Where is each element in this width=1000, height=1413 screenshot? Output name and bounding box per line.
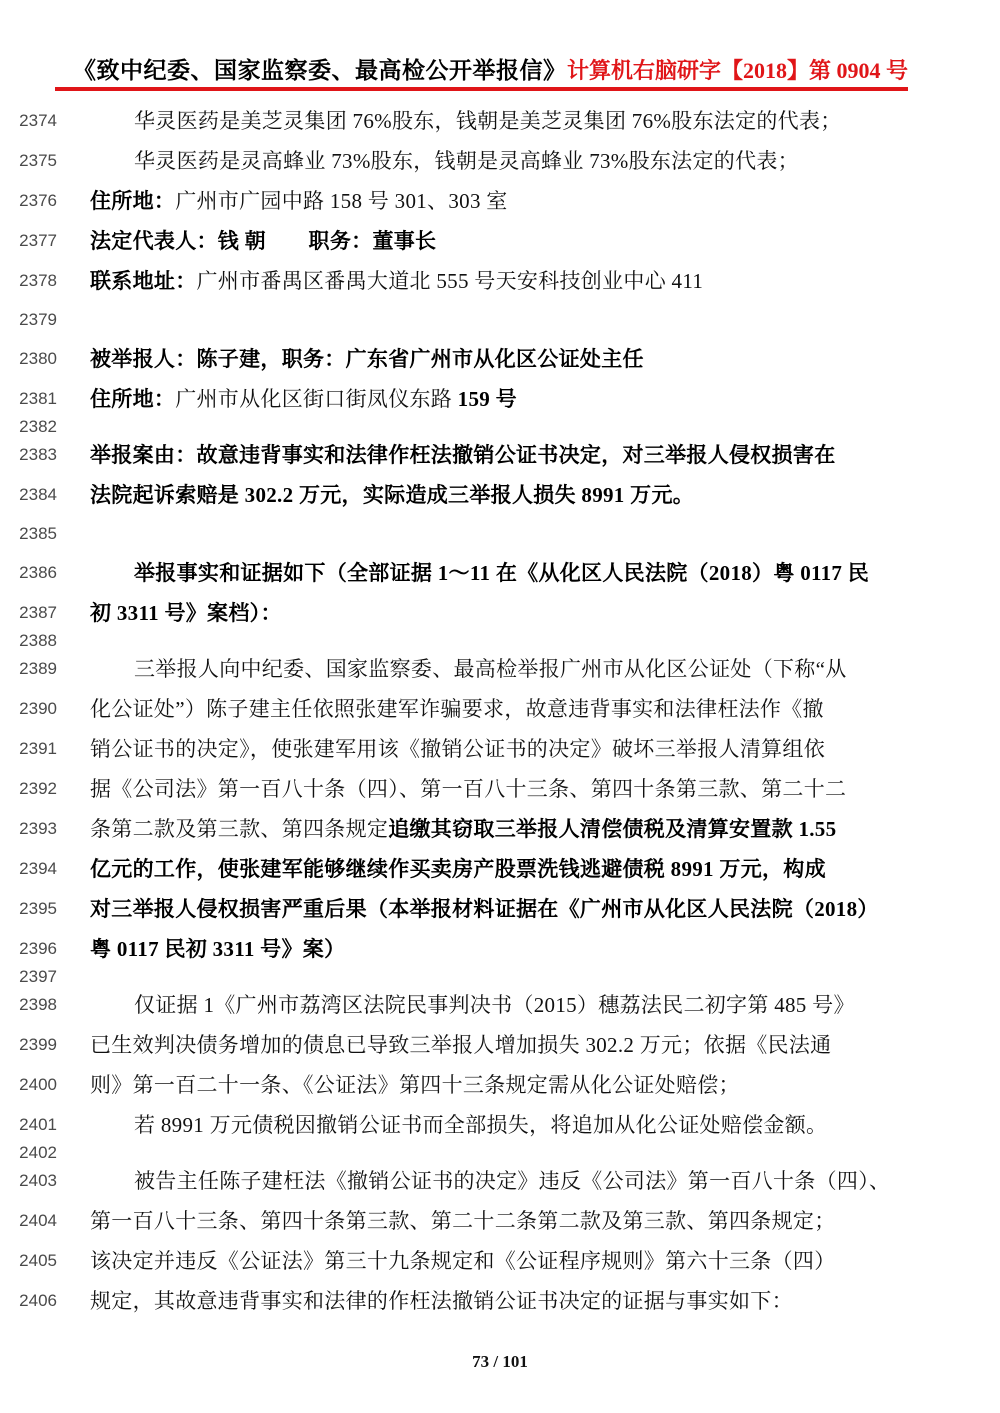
line-number: 2379 (0, 311, 57, 328)
line-number: 2399 (0, 1036, 57, 1053)
line-text: 法定代表人：钱 朝 职务：董事长 (90, 225, 436, 255)
text-segment: 广州市番禺区番禺大道北 555 号天安科技创业中心 411 (197, 269, 704, 293)
line-text: 该决定并违反《公证法》第三十九条规定和《公证程序规则》第六十三条（四） (90, 1245, 836, 1275)
line-text: 仅证据 1《广州市荔湾区法院民事判决书（2015）穗荔法民二初字第 485 号》 (90, 989, 855, 1019)
line-number: 2382 (0, 418, 57, 435)
text-segment: 住所地： (90, 189, 175, 213)
line-text: 联系地址：广州市番禺区番禺大道北 555 号天安科技创业中心 411 (90, 265, 703, 295)
line-number: 2401 (0, 1116, 57, 1133)
line-number: 2406 (0, 1292, 57, 1309)
line-text: 举报案由：故意违背事实和法律作枉法撤销公证书决定，对三举报人侵权损害在 (90, 439, 836, 469)
text-segment: 已生效判决债务增加的债息已导致三举报人增加损失 302.2 万元；依据《民法通 (90, 1033, 831, 1057)
line-number: 2385 (0, 525, 57, 542)
line-number: 2383 (0, 446, 57, 463)
line-number: 2378 (0, 272, 57, 289)
line-number: 2398 (0, 996, 57, 1013)
line-number: 2381 (0, 390, 57, 407)
document-number: 计算机右脑研字【2018】第 0904 号 (567, 54, 908, 85)
line-text: 条第二款及第三款、第四条规定追缴其窃取三举报人清偿债税及清算安置款 1.55 (90, 813, 836, 843)
line-number: 2376 (0, 192, 57, 209)
line-number: 2402 (0, 1144, 57, 1161)
line-row: 2376 住所地：广州市广园中路 158 号 301、303 室 (0, 180, 1000, 220)
line-number: 2394 (0, 860, 57, 877)
line-text: 三举报人向中纪委、国家监察委、最高检举报广州市从化区公证处（下称“从 (90, 653, 847, 683)
line-text: 华灵医药是美芝灵集团 76%股东，钱朝是美芝灵集团 76%股东法定的代表； (90, 105, 842, 135)
text-segment: 联系地址： (90, 269, 197, 293)
text-segment: 第一百八十三条、第四十条第三款、第二十二条第二款及第三款、第四条规定； (90, 1209, 836, 1233)
text-segment: 追缴其窃取三举报人清偿债税及清算安置款 1.55 (388, 817, 836, 841)
line-row: 2405 该决定并违反《公证法》第三十九条规定和《公证程序规则》第六十三条（四） (0, 1240, 1000, 1280)
text-segment: 化公证处”）陈子建主任依照张建军诈骗要求，故意违背事实和法律枉法作《撤 (90, 697, 824, 721)
line-text: 住所地：广州市广园中路 158 号 301、303 室 (90, 185, 508, 215)
document-body: 2374 华灵医药是美芝灵集团 76%股东，钱朝是美芝灵集团 76%股东法定的代… (0, 100, 1000, 1320)
text-segment: 广州市广园中路 158 号 301、303 室 (175, 189, 507, 213)
line-number: 2377 (0, 232, 57, 249)
line-text: 住所地：广州市从化区街口街凤仪东路 159 号 (90, 383, 517, 413)
line-row: 2379 (0, 300, 1000, 338)
line-number: 2391 (0, 740, 57, 757)
line-number: 2395 (0, 900, 57, 917)
line-row: 2375 华灵医药是灵高蜂业 73%股东，钱朝是灵高蜂业 73%股东法定的代表； (0, 140, 1000, 180)
line-text: 举报事实和证据如下（全部证据 1～11 在《从化区人民法院（2018）粤 011… (90, 557, 869, 587)
line-number: 2390 (0, 700, 57, 717)
line-text: 华灵医药是灵高蜂业 73%股东，钱朝是灵高蜂业 73%股东法定的代表； (90, 145, 799, 175)
line-text: 被告主任陈子建枉法《撤销公证书的决定》违反《公司法》第一百八十条（四）、 (90, 1165, 890, 1195)
line-text: 法院起诉索赔是 302.2 万元，实际造成三举报人损失 8991 万元。 (90, 479, 694, 509)
text-segment: 住所地： (90, 387, 175, 411)
line-row: 2381 住所地：广州市从化区街口街凤仪东路 159 号 (0, 378, 1000, 418)
line-number: 2403 (0, 1172, 57, 1189)
line-number: 2375 (0, 152, 57, 169)
line-row: 2406 规定，其故意违背事实和法律的作枉法撤销公证书决定的证据与事实如下： (0, 1280, 1000, 1320)
text-segment: 粤 0117 民初 3311 号》案） (90, 937, 345, 961)
text-segment: 则》第一百二十一条、《公证法》第四十三条规定需从化公证处赔偿； (90, 1073, 740, 1097)
line-text: 若 8991 万元债税因撤销公证书而全部损失，将追加从化公证处赔偿金额。 (90, 1109, 827, 1139)
line-text: 化公证处”）陈子建主任依照张建军诈骗要求，故意违背事实和法律枉法作《撤 (90, 693, 824, 723)
line-text: 亿元的工作，使张建军能够继续作买卖房产股票洗钱逃避债税 8991 万元，构成 (90, 853, 826, 883)
line-row: 2374 华灵医药是美芝灵集团 76%股东，钱朝是美芝灵集团 76%股东法定的代… (0, 100, 1000, 140)
text-segment: 规定，其故意违背事实和法律的作枉法撤销公证书决定的证据与事实如下： (90, 1289, 793, 1313)
text-segment: 对三举报人侵权损害严重后果（本举报材料证据在《广州市从化区人民法院（2018） (90, 897, 879, 921)
line-number: 2392 (0, 780, 57, 797)
text-segment: 华灵医药是灵高蜂业 73%股东，钱朝是灵高蜂业 73%股东法定的代表； (134, 149, 799, 173)
line-text: 销公证书的决定》，使张建军用该《撤销公证书的决定》破坏三举报人清算组依 (90, 733, 825, 763)
line-number: 2389 (0, 660, 57, 677)
line-row: 2388 (0, 632, 1000, 648)
line-row: 2400 则》第一百二十一条、《公证法》第四十三条规定需从化公证处赔偿； (0, 1064, 1000, 1104)
text-segment: 159 号 (458, 387, 517, 411)
text-segment: 被告主任陈子建枉法《撤销公证书的决定》违反《公司法》第一百八十条（四）、 (134, 1169, 890, 1193)
line-row: 2390 化公证处”）陈子建主任依照张建军诈骗要求，故意违背事实和法律枉法作《撤 (0, 688, 1000, 728)
line-row: 2393 条第二款及第三款、第四条规定追缴其窃取三举报人清偿债税及清算安置款 1… (0, 808, 1000, 848)
line-text: 规定，其故意违背事实和法律的作枉法撤销公证书决定的证据与事实如下： (90, 1285, 793, 1315)
page-number-indicator: 73 / 101 (472, 1352, 528, 1371)
text-segment: 若 8991 万元债税因撤销公证书而全部损失，将追加从化公证处赔偿金额。 (134, 1113, 827, 1137)
line-number: 2374 (0, 112, 57, 129)
line-row: 2399 已生效判决债务增加的债息已导致三举报人增加损失 302.2 万元；依据… (0, 1024, 1000, 1064)
line-row: 2398 仅证据 1《广州市荔湾区法院民事判决书（2015）穗荔法民二初字第 4… (0, 984, 1000, 1024)
line-text: 则》第一百二十一条、《公证法》第四十三条规定需从化公证处赔偿； (90, 1069, 740, 1099)
text-segment: 三举报人向中纪委、国家监察委、最高检举报广州市从化区公证处（下称“从 (134, 657, 847, 681)
line-row: 2386 举报事实和证据如下（全部证据 1～11 在《从化区人民法院（2018）… (0, 552, 1000, 592)
header-rule-divider (55, 87, 908, 91)
text-segment: 亿元的工作，使张建军能够继续作买卖房产股票洗钱逃避债税 8991 万元，构成 (90, 857, 826, 881)
text-segment: 法定代表人：钱 朝 职务：董事长 (90, 229, 436, 253)
line-row: 2377 法定代表人：钱 朝 职务：董事长 (0, 220, 1000, 260)
line-number: 2397 (0, 968, 57, 985)
line-number: 2384 (0, 486, 57, 503)
line-row: 2383 举报案由：故意违背事实和法律作枉法撤销公证书决定，对三举报人侵权损害在 (0, 434, 1000, 474)
line-number: 2388 (0, 632, 57, 649)
line-row: 2391 销公证书的决定》，使张建军用该《撤销公证书的决定》破坏三举报人清算组依 (0, 728, 1000, 768)
text-segment: 销公证书的决定》，使张建军用该《撤销公证书的决定》破坏三举报人清算组依 (90, 737, 825, 761)
text-segment: 举报案由：故意违背事实和法律作枉法撤销公证书决定，对三举报人侵权损害在 (90, 443, 836, 467)
text-segment: 仅证据 1《广州市荔湾区法院民事判决书（2015）穗荔法民二初字第 485 号》 (134, 993, 855, 1017)
line-text: 对三举报人侵权损害严重后果（本举报材料证据在《广州市从化区人民法院（2018） (90, 893, 879, 923)
text-segment: 初 3311 号》案档）： (90, 601, 282, 625)
text-segment: 法院起诉索赔是 302.2 万元，实际造成三举报人损失 8991 万元。 (90, 483, 694, 507)
line-number: 2396 (0, 940, 57, 957)
line-number: 2380 (0, 350, 57, 367)
text-segment: 据《公司法》第一百八十条（四）、第一百八十三条、第四十条第三款、第二十二 (90, 777, 846, 801)
line-number: 2405 (0, 1252, 57, 1269)
line-row: 2380 被举报人：陈子建，职务：广东省广州市从化区公证处主任 (0, 338, 1000, 378)
line-number: 2387 (0, 604, 57, 621)
document-page: 《致中纪委、国家监察委、最高检公开举报信》 计算机右脑研字【2018】第 090… (0, 0, 1000, 1413)
line-row: 2395 对三举报人侵权损害严重后果（本举报材料证据在《广州市从化区人民法院（2… (0, 888, 1000, 928)
line-number: 2386 (0, 564, 57, 581)
page-footer: 73 / 101 (0, 1352, 1000, 1372)
text-segment: 华灵医药是美芝灵集团 76%股东，钱朝是美芝灵集团 76%股东法定的代表； (134, 109, 842, 133)
line-row: 2402 (0, 1144, 1000, 1160)
line-text: 已生效判决债务增加的债息已导致三举报人增加损失 302.2 万元；依据《民法通 (90, 1029, 831, 1059)
line-row: 2389 三举报人向中纪委、国家监察委、最高检举报广州市从化区公证处（下称“从 (0, 648, 1000, 688)
line-text: 被举报人：陈子建，职务：广东省广州市从化区公证处主任 (90, 343, 644, 373)
line-row: 2385 (0, 514, 1000, 552)
text-segment: 广州市从化区街口街凤仪东路 (175, 387, 457, 411)
line-number: 2400 (0, 1076, 57, 1093)
line-row: 2378 联系地址：广州市番禺区番禺大道北 555 号天安科技创业中心 411 (0, 260, 1000, 300)
line-row: 2387 初 3311 号》案档）： (0, 592, 1000, 632)
page-header: 《致中纪委、国家监察委、最高检公开举报信》 计算机右脑研字【2018】第 090… (73, 52, 908, 85)
line-row: 2384 法院起诉索赔是 302.2 万元，实际造成三举报人损失 8991 万元… (0, 474, 1000, 514)
text-segment: 条第二款及第三款、第四条规定 (90, 817, 388, 841)
line-row: 2401 若 8991 万元债税因撤销公证书而全部损失，将追加从化公证处赔偿金额… (0, 1104, 1000, 1144)
text-segment: 该决定并违反《公证法》第三十九条规定和《公证程序规则》第六十三条（四） (90, 1249, 836, 1273)
line-text: 初 3311 号》案档）： (90, 597, 282, 627)
line-row: 2396 粤 0117 民初 3311 号》案） (0, 928, 1000, 968)
line-text: 第一百八十三条、第四十条第三款、第二十二条第二款及第三款、第四条规定； (90, 1205, 836, 1235)
line-number: 2393 (0, 820, 57, 837)
line-text: 据《公司法》第一百八十条（四）、第一百八十三条、第四十条第三款、第二十二 (90, 773, 846, 803)
line-row: 2392 据《公司法》第一百八十条（四）、第一百八十三条、第四十条第三款、第二十… (0, 768, 1000, 808)
line-row: 2394 亿元的工作，使张建军能够继续作买卖房产股票洗钱逃避债税 8991 万元… (0, 848, 1000, 888)
line-row: 2382 (0, 418, 1000, 434)
line-row: 2397 (0, 968, 1000, 984)
text-segment: 举报事实和证据如下（全部证据 1～11 在《从化区人民法院（2018）粤 011… (134, 561, 869, 585)
line-text: 粤 0117 民初 3311 号》案） (90, 933, 345, 963)
line-row: 2404 第一百八十三条、第四十条第三款、第二十二条第二款及第三款、第四条规定； (0, 1200, 1000, 1240)
line-number: 2404 (0, 1212, 57, 1229)
page-title: 《致中纪委、国家监察委、最高检公开举报信》 (73, 52, 567, 85)
line-row: 2403 被告主任陈子建枉法《撤销公证书的决定》违反《公司法》第一百八十条（四）… (0, 1160, 1000, 1200)
text-segment: 被举报人：陈子建，职务：广东省广州市从化区公证处主任 (90, 347, 644, 371)
